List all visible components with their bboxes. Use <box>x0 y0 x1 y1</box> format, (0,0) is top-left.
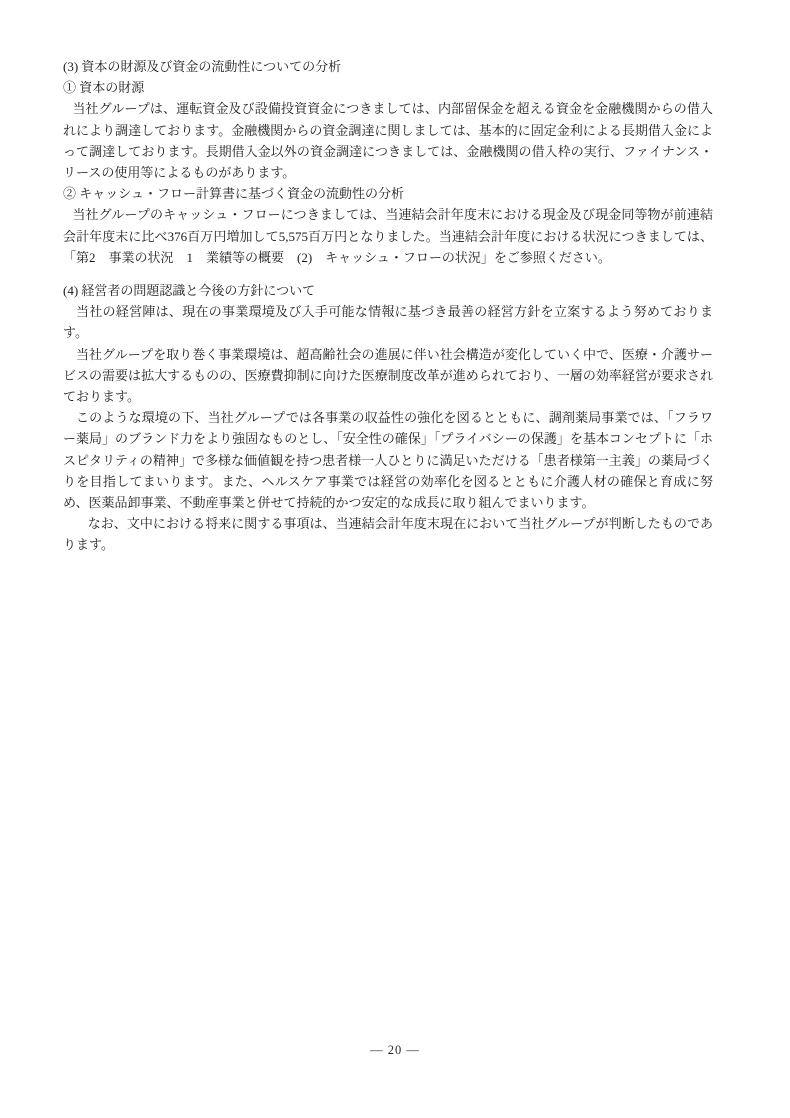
document-body: (3) 資本の財源及び資金の流動性についての分析 ① 資本の財源 当社グループは… <box>63 56 713 556</box>
paragraph-business-strategy: このような環境の下、当社グループでは各事業の収益性の強化を図るとともに、調剤薬局… <box>63 407 713 513</box>
paragraph-management-stance: 当社の経営陣は、現在の事業環境及び入手可能な情報に基づき最善の経営方針を立案する… <box>63 301 713 343</box>
page-number: ― 20 ― <box>370 1043 420 1057</box>
paragraph-forward-looking-note: なお、文中における将来に関する事項は、当連結会計年度末現在において当社グループが… <box>63 513 713 555</box>
paragraph-business-environment: 当社グループを取り巻く事業環境は、超高齢社会の進展に伴い社会構造が変化していく中… <box>63 344 713 408</box>
section-management-policy: (4) 経営者の問題認識と今後の方針について 当社の経営陣は、現在の事業環境及び… <box>63 280 713 556</box>
paragraph-cashflow-liquidity: 当社グループのキャッシュ・フローにつきましては、当連結会計年度末における現金及び… <box>63 204 713 268</box>
subsection-cashflow-liquidity-heading: ② キャッシュ・フロー計算書に基づく資金の流動性の分析 <box>63 183 713 204</box>
section-capital-and-liquidity: (3) 資本の財源及び資金の流動性についての分析 ① 資本の財源 当社グループは… <box>63 56 713 268</box>
subsection-capital-source-heading: ① 資本の財源 <box>63 77 713 98</box>
page-footer: ― 20 ― <box>0 1043 790 1058</box>
section-3-heading: (3) 資本の財源及び資金の流動性についての分析 <box>63 56 713 77</box>
document-page: (3) 資本の財源及び資金の流動性についての分析 ① 資本の財源 当社グループは… <box>0 0 790 1118</box>
paragraph-capital-source: 当社グループは、運転資金及び設備投資資金につきましては、内部留保金を超える資金を… <box>63 98 713 183</box>
section-4-heading: (4) 経営者の問題認識と今後の方針について <box>63 280 713 301</box>
